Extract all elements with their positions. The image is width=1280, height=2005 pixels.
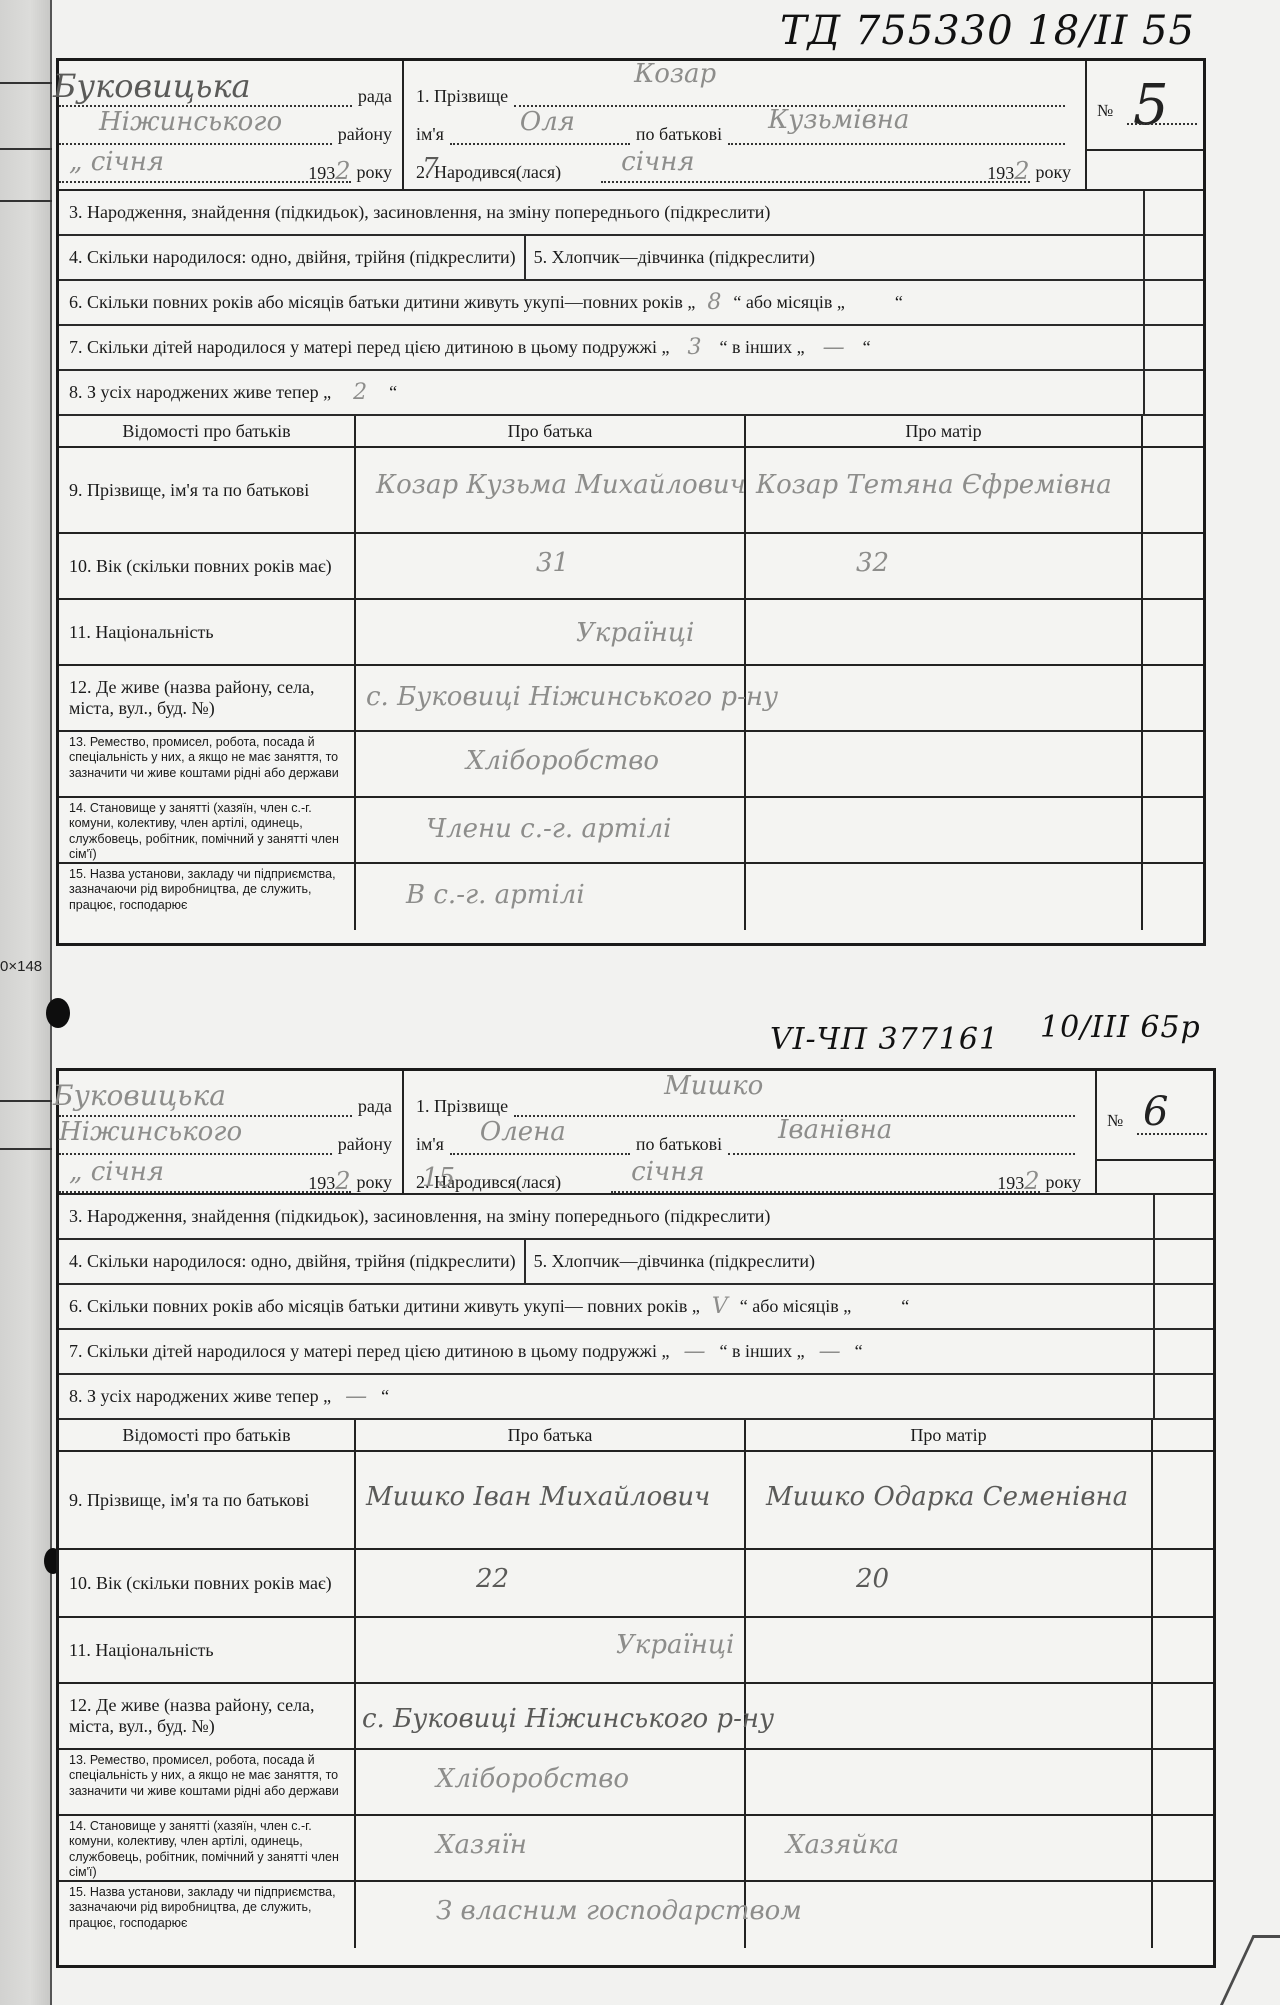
edge-line <box>0 200 52 202</box>
row-10-label: 10. Вік (скільки повних років має) <box>59 1550 356 1616</box>
question-7-other-marriages: — <box>823 335 845 360</box>
edge-line <box>0 82 52 84</box>
question-7-this-marriage: 3 <box>687 335 701 360</box>
council-label: рада <box>358 86 392 107</box>
record-number-box: № 6 <box>1095 1071 1213 1193</box>
mother-age: 32 <box>856 548 889 578</box>
question-7-other-label: “ в інших „ <box>719 337 804 358</box>
district-value: Ніжинського <box>59 1117 242 1147</box>
council-label: рада <box>358 1096 392 1117</box>
patronymic-label: по батькові <box>636 124 722 145</box>
question-6-years: 8 <box>707 290 721 315</box>
council-date-value: „ січня <box>69 147 164 177</box>
parents-row-11: 11. Національність Українці <box>59 1618 1213 1684</box>
patronymic-value: Іванівна <box>778 1115 892 1145</box>
question-6-years: V <box>712 1294 728 1319</box>
question-8: 8. З усіх народжених живе тепер „—“ <box>59 1375 1213 1420</box>
question-7: 7. Скільки дітей народилося у матері пер… <box>59 326 1203 371</box>
record-number-box: № 5 <box>1085 61 1203 189</box>
employment-status: Члени с.-г. артілі <box>426 814 671 844</box>
year-suffix: 2 <box>335 1167 350 1195</box>
quote-mark: “ <box>895 292 903 313</box>
header-father: Про батька <box>356 1420 746 1450</box>
quote-mark: “ <box>389 382 397 403</box>
row-13-label: 13. Ремество, промисел, робота, посада й… <box>59 1750 356 1814</box>
question-3-label: 3. Народження, знайдення (підкидьок), за… <box>69 202 770 223</box>
mother-full-name: Мишко Одарка Семенівна <box>766 1482 1128 1512</box>
born-year-label: року <box>1036 162 1072 183</box>
parents-row-15: 15. Назва установи, закладу чи підприємс… <box>59 864 1203 930</box>
mother-employment-status: Хазяйка <box>786 1830 899 1860</box>
born-year-suffix: 2 <box>1024 1167 1039 1195</box>
record-number: 6 <box>1143 1089 1168 1135</box>
header-father: Про батька <box>356 416 746 446</box>
question-6-label: 6. Скільки повних років або місяців бать… <box>69 292 695 313</box>
parents-row-15: 15. Назва установи, закладу чи підприємс… <box>59 1882 1213 1948</box>
question-6-months-label: “ або місяців „ <box>733 292 844 313</box>
question-4-5: 4. Скільки народилося: одно, двійня, трі… <box>59 236 1203 281</box>
parents-table-header: Відомості про батьків Про батька Про мат… <box>59 416 1203 448</box>
question-6-label: 6. Скільки повних років або місяців бать… <box>69 1296 700 1317</box>
born-month: січня <box>631 1157 704 1187</box>
council-value: Буковицька <box>53 67 251 105</box>
name-label: ім'я <box>416 124 444 145</box>
parents-row-10: 10. Вік (скільки повних років має) 22 20 <box>59 1550 1213 1618</box>
row-10-label: 10. Вік (скільки повних років має) <box>59 534 356 598</box>
name-value: Олена <box>480 1117 566 1147</box>
question-7-label: 7. Скільки дітей народилося у матері пер… <box>69 1341 669 1362</box>
question-6-months-label: “ або місяців „ <box>740 1296 851 1317</box>
father-employment-status: Хазяїн <box>436 1830 527 1860</box>
occupation: Хліборобство <box>436 1764 629 1794</box>
born-month: січня <box>621 147 694 177</box>
patronymic-label: по батькові <box>636 1134 722 1155</box>
born-year-prefix: 193 <box>997 1173 1024 1193</box>
nationality: Українці <box>616 1630 734 1660</box>
district-value: Ніжинського <box>99 107 282 137</box>
parents-row-12: 12. Де живе (назва району, села, міста, … <box>59 1684 1213 1750</box>
born-year-suffix: 2 <box>1014 157 1029 185</box>
parents-row-12: 12. Де живе (назва району, села, міста, … <box>59 666 1203 732</box>
parents-row-13: 13. Ремество, промисел, робота, посада й… <box>59 732 1203 798</box>
question-7-other-label: “ в інших „ <box>719 1341 804 1362</box>
parents-row-11: 11. Національність Українці <box>59 600 1203 666</box>
question-8-value: 2 <box>353 380 367 405</box>
edge-line <box>0 148 52 150</box>
birth-record-5: Буковицькарада Ніжинськогорайону „ січня… <box>56 58 1206 946</box>
header-parents-info: Відомості про батьків <box>59 416 356 446</box>
question-3: 3. Народження, знайдення (підкидьок), за… <box>59 191 1203 236</box>
question-8: 8. З усіх народжених живе тепер „2“ <box>59 371 1203 416</box>
mother-full-name: Козар Тетяна Єфремівна <box>756 470 1112 500</box>
header-mother: Про матір <box>746 1420 1153 1450</box>
edge-label: 0×148 <box>0 958 42 975</box>
question-5-label: 5. Хлопчик—дівчинка (підкреслити) <box>526 247 815 268</box>
patronymic-value: Кузьмівна <box>768 105 909 135</box>
council-date-value: „ січня <box>69 1157 164 1187</box>
father-full-name: Мишко Іван Михайлович <box>366 1482 710 1512</box>
council-block: Буковицькарада Ніжинськогорайону „ січня… <box>59 61 404 189</box>
occupation: Хліборобство <box>466 746 659 776</box>
surname-label: 1. Прізвище <box>416 1096 508 1117</box>
parents-row-10: 10. Вік (скільки повних років має) 31 32 <box>59 534 1203 600</box>
row-11-label: 11. Національність <box>59 1618 356 1682</box>
parents-row-9: 9. Прізвище, ім'я та по батькові Мишко І… <box>59 1452 1213 1550</box>
question-3-label: 3. Народження, знайдення (підкидьок), за… <box>69 1206 770 1227</box>
question-4-5: 4. Скільки народилося: одно, двійня, трі… <box>59 1240 1213 1285</box>
father-full-name: Козар Кузьма Михайлович <box>376 470 746 500</box>
workplace: В с.-г. артілі <box>406 880 585 910</box>
row-15-label: 15. Назва установи, закладу чи підприємс… <box>59 864 356 930</box>
surname-value: Мишко <box>664 1071 763 1101</box>
edge-line <box>0 1148 52 1150</box>
residence: с. Буковиці Ніжинського р-ну <box>366 682 778 712</box>
child-block: 1. ПрізвищеМишко ім'яОленапо батьковіІва… <box>404 1071 1095 1193</box>
council-value: Буковицька <box>53 1079 226 1112</box>
year-label: року <box>357 1172 393 1193</box>
question-6: 6. Скільки повних років або місяців бать… <box>59 281 1203 326</box>
district-label: району <box>338 1134 392 1155</box>
question-7-other-marriages: — <box>819 1339 841 1364</box>
residence: с. Буковиці Ніжинського р-ну <box>362 1704 774 1734</box>
row-12-label: 12. Де живе (назва району, села, міста, … <box>59 1684 356 1748</box>
born-day: 15 <box>422 1163 455 1193</box>
father-age: 31 <box>536 548 569 578</box>
archive-note: VI-ЧП 377161 <box>770 1022 999 1057</box>
row-12-label: 12. Де живе (назва району, села, міста, … <box>59 666 356 730</box>
number-label: № <box>1097 101 1113 121</box>
year-prefix: 193 <box>308 1173 335 1193</box>
council-block: Буковицькарада Ніжинськогорайону „ січня… <box>59 1071 404 1193</box>
surname-value: Козар <box>634 59 716 89</box>
mother-age: 20 <box>856 1564 889 1594</box>
parents-row-14: 14. Становище у занятті (хазяїн, член с.… <box>59 1816 1213 1882</box>
edge-line <box>0 1100 52 1102</box>
archive-note: ТД 755330 18/ІІ 55 <box>780 8 1195 54</box>
name-label: ім'я <box>416 1134 444 1155</box>
header-parents-info: Відомості про батьків <box>59 1420 356 1450</box>
quote-mark: “ <box>381 1386 389 1407</box>
header-mother: Про матір <box>746 416 1143 446</box>
child-block: 1. ПрізвищеКозар ім'яОляпо батьковіКузьм… <box>404 61 1085 189</box>
born-year-label: року <box>1046 1172 1082 1193</box>
row-13-label: 13. Ремество, промисел, робота, посада й… <box>59 732 356 796</box>
row-15-label: 15. Назва установи, закладу чи підприємс… <box>59 1882 356 1948</box>
record-header: Буковицькарада Ніжинськогорайону „ січня… <box>59 1071 1213 1195</box>
question-7-label: 7. Скільки дітей народилося у матері пер… <box>69 337 669 358</box>
born-year-prefix: 193 <box>987 163 1014 183</box>
parents-row-14: 14. Становище у занятті (хазяїн, член с.… <box>59 798 1203 864</box>
birth-record-6: Буковицькарада Ніжинськогорайону „ січня… <box>56 1068 1216 1968</box>
row-14-label: 14. Становище у занятті (хазяїн, член с.… <box>59 1816 356 1880</box>
born-day: 7 <box>422 153 439 183</box>
question-8-label: 8. З усіх народжених живе тепер „ <box>69 1386 331 1407</box>
question-6: 6. Скільки повних років або місяців бать… <box>59 1285 1213 1330</box>
number-label: № <box>1107 1111 1123 1131</box>
row-14-label: 14. Становище у занятті (хазяїн, член с.… <box>59 798 356 862</box>
question-4-label: 4. Скільки народилося: одно, двійня, трі… <box>69 236 526 279</box>
district-label: району <box>338 124 392 145</box>
quote-mark: “ <box>863 337 871 358</box>
question-5-label: 5. Хлопчик—дівчинка (підкреслити) <box>526 1251 815 1272</box>
question-7-this-marriage: — <box>683 1339 705 1364</box>
question-8-value: — <box>345 1384 367 1409</box>
archive-date: 10/ІІІ 65р <box>1040 1010 1201 1045</box>
parents-row-9: 9. Прізвище, ім'я та по батькові Козар К… <box>59 448 1203 534</box>
row-11-label: 11. Національність <box>59 600 356 664</box>
row-9-label: 9. Прізвище, ім'я та по батькові <box>59 1452 356 1548</box>
record-header: Буковицькарада Ніжинськогорайону „ січня… <box>59 61 1203 191</box>
parents-row-13: 13. Ремество, промисел, робота, посада й… <box>59 1750 1213 1816</box>
question-4-label: 4. Скільки народилося: одно, двійня, трі… <box>69 1240 526 1283</box>
year-label: року <box>357 162 393 183</box>
record-number: 5 <box>1133 73 1169 138</box>
quote-mark: “ <box>901 1296 909 1317</box>
parents-table-header: Відомості про батьків Про батька Про мат… <box>59 1420 1213 1452</box>
quote-mark: “ <box>855 1341 863 1362</box>
year-prefix: 193 <box>308 163 335 183</box>
ink-blot <box>46 998 70 1028</box>
year-suffix: 2 <box>335 157 350 185</box>
question-8-label: 8. З усіх народжених живе тепер „ <box>69 382 331 403</box>
father-age: 22 <box>476 1564 509 1594</box>
surname-label: 1. Прізвище <box>416 86 508 107</box>
question-3: 3. Народження, знайдення (підкидьок), за… <box>59 1195 1213 1240</box>
row-9-label: 9. Прізвище, ім'я та по батькові <box>59 448 356 532</box>
page-binding-edge: 0×148 <box>0 0 52 2005</box>
question-7: 7. Скільки дітей народилося у матері пер… <box>59 1330 1213 1375</box>
name-value: Оля <box>520 107 575 137</box>
nationality: Українці <box>576 618 694 648</box>
